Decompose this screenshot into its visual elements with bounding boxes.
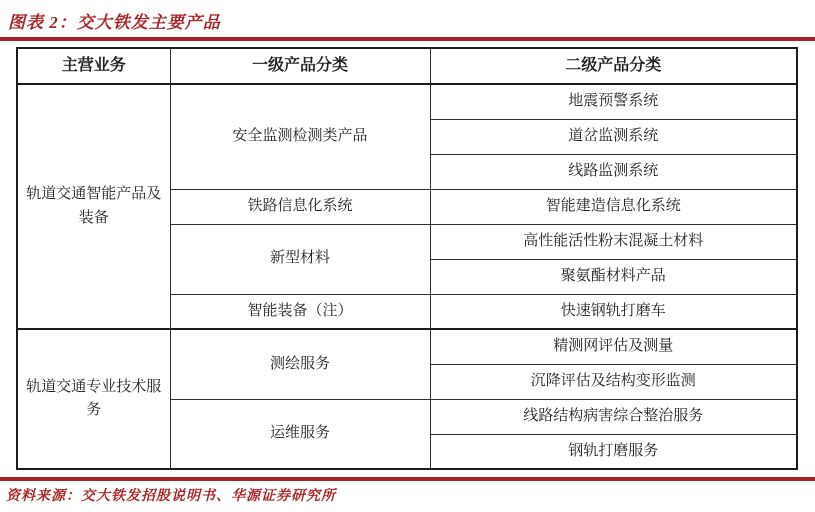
cell-level1-new-materials: 新型材料 — [170, 224, 430, 294]
cell-level1-intelligent-equipment: 智能装备（注） — [170, 294, 430, 329]
cell-level2-settlement-deformation-monitoring: 沉降评估及结构变形监测 — [430, 364, 797, 399]
header-level1-category: 一级产品分类 — [170, 48, 430, 84]
cell-level1-railway-informatization: 铁路信息化系统 — [170, 189, 430, 224]
header-level2-category: 二级产品分类 — [430, 48, 797, 84]
cell-level2-polyurethane-products: 聚氨酯材料产品 — [430, 259, 797, 294]
cell-level2-rail-grinding-service: 钢轨打磨服务 — [430, 434, 797, 469]
product-classification-table: 主营业务 一级产品分类 二级产品分类 轨道交通智能产品及装备 安全监测检测类产品… — [16, 47, 798, 470]
cell-level2-track-disease-treatment: 线路结构病害综合整治服务 — [430, 399, 797, 434]
cell-level2-rail-grinding-vehicle: 快速钢轨打磨车 — [430, 294, 797, 329]
source-note: 资料来源：交大铁发招股说明书、华源证券研究所 — [0, 481, 815, 505]
table-header-row: 主营业务 一级产品分类 二级产品分类 — [17, 48, 797, 84]
table-row: 轨道交通智能产品及装备 安全监测检测类产品 地震预警系统 — [17, 84, 797, 119]
header-main-business: 主营业务 — [17, 48, 170, 84]
cell-level2-line-monitoring: 线路监测系统 — [430, 154, 797, 189]
figure-title: 图表 2：交大铁发主要产品 — [0, 0, 815, 35]
cell-level2-intelligent-construction-info: 智能建造信息化系统 — [430, 189, 797, 224]
table-row: 轨道交通专业技术服务 测绘服务 精测网评估及测量 — [17, 329, 797, 364]
cell-business-professional-services: 轨道交通专业技术服务 — [17, 329, 170, 469]
cell-level1-surveying-services: 测绘服务 — [170, 329, 430, 399]
cell-level1-safety-monitoring: 安全监测检测类产品 — [170, 84, 430, 189]
cell-level2-precision-network-survey: 精测网评估及测量 — [430, 329, 797, 364]
cell-business-intelligent-products: 轨道交通智能产品及装备 — [17, 84, 170, 329]
title-divider-rule — [0, 37, 815, 41]
cell-level1-operation-maintenance: 运维服务 — [170, 399, 430, 469]
cell-level2-earthquake-warning: 地震预警系统 — [430, 84, 797, 119]
cell-level2-turnout-monitoring: 道岔监测系统 — [430, 119, 797, 154]
cell-level2-rpc-concrete: 高性能活性粉末混凝土材料 — [430, 224, 797, 259]
